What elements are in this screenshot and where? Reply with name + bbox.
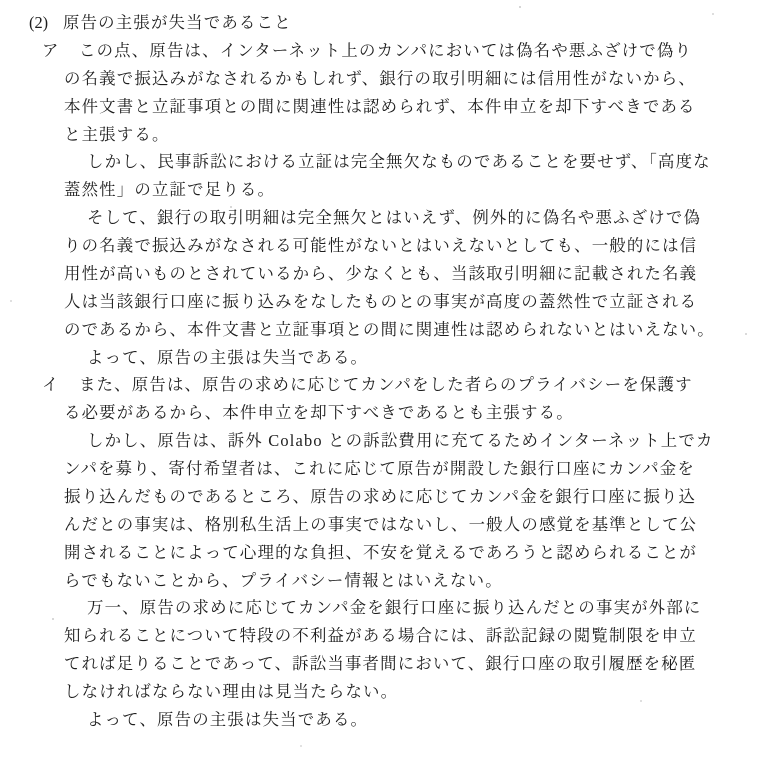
text-line: 知られることについて特段の不利益がある場合には、訴訟記録の閲覧制限を申立 — [0, 622, 762, 650]
text-line: 万一、原告の求めに応じてカンパ金を銀行口座に振り込んだとの事実が外部に — [0, 594, 762, 622]
text-line: てれば足りることであって、訴訟当事者間において、銀行口座の取引履歴を秘匿 — [0, 650, 762, 678]
scan-noise — [0, 0, 2, 2]
section-number: (2) — [29, 9, 48, 37]
text-line: しなければならない理由は見当たらない。 — [0, 678, 762, 706]
line-text: 人は当該銀行口座に振り込みをなしたものとの事実が高度の蓋然性で立証される — [64, 292, 697, 311]
text-line: 蓋然性」の立証で足りる。 — [0, 176, 762, 204]
text-line: アこの点、原告は、インターネット上のカンパにおいては偽名や悪ふざけで偽り — [0, 37, 762, 65]
text-line: よって、原告の主張は失当である。 — [0, 706, 762, 734]
section-heading-line: (2)原告の主張が失当であること — [0, 9, 762, 37]
line-text: の名義で振込みがなされるかもしれず、銀行の取引明細には信用性がないから、 — [64, 69, 696, 88]
line-text: しかし、原告は、訴外 Colabo との訴訟費用に充てるためインターネット上でカ — [87, 431, 714, 450]
text-line: しかし、民事訴訟における立証は完全無欠なものであることを要せず、「高度な — [0, 148, 762, 176]
text-line: る必要があるから、本件申立を却下すべきであるとも主張する。 — [0, 399, 762, 427]
line-text: 用性が高いものとされているから、少なくとも、当該取引明細に記載された名義 — [64, 264, 697, 283]
text-line: イまた、原告は、原告の求めに応じてカンパをした者らのプライバシーを保護す — [0, 371, 762, 399]
item-marker: イ — [42, 371, 58, 399]
text-line: 開されることによって心理的な負担、不安を覚えるであろうと認められることが — [0, 539, 762, 567]
text-line: ンパを募り、寄付希望者は、これに応じて原告が開設した銀行口座にカンパ金を — [0, 455, 762, 483]
text-line: 人は当該銀行口座に振り込みをなしたものとの事実が高度の蓋然性で立証される — [0, 288, 762, 316]
text-line: の名義で振込みがなされるかもしれず、銀行の取引明細には信用性がないから、 — [0, 65, 762, 93]
text-line: 振り込んだものであるところ、原告の求めに応じてカンパ金を銀行口座に振り込 — [0, 483, 762, 511]
scanned-document-page: (2)原告の主張が失当であることアこの点、原告は、インターネット上のカンパにおい… — [0, 0, 762, 762]
line-text: 蓋然性」の立証で足りる。 — [64, 180, 275, 199]
line-text: しなければならない理由は見当たらない。 — [64, 682, 398, 701]
line-text: てれば足りることであって、訴訟当事者間において、銀行口座の取引履歴を秘匿 — [64, 654, 696, 673]
text-line: しかし、原告は、訴外 Colabo との訴訟費用に充てるためインターネット上でカ — [0, 427, 762, 455]
line-text: 原告の主張が失当であること — [63, 13, 292, 32]
line-text: よって、原告の主張は失当である。 — [87, 348, 368, 367]
text-line: よって、原告の主張は失当である。 — [0, 344, 762, 372]
text-line: と主張する。 — [0, 121, 762, 149]
line-text: 本件文書と立証事項との間に関連性は認められず、本件申立を却下すべきである — [64, 97, 696, 116]
line-text: る必要があるから、本件申立を却下すべきであるとも主張する。 — [64, 403, 574, 422]
item-marker: ア — [42, 37, 58, 65]
text-line: そして、銀行の取引明細は完全無欠とはいえず、例外的に偽名や悪ふざけで偽 — [0, 204, 762, 232]
line-text: ンパを募り、寄付希望者は、これに応じて原告が開設した銀行口座にカンパ金を — [64, 459, 695, 478]
text-line: らでもないことから、プライバシー情報とはいえない。 — [0, 567, 762, 595]
document-body: (2)原告の主張が失当であることアこの点、原告は、インターネット上のカンパにおい… — [0, 9, 762, 734]
line-text: のであるから、本件文書と立証事項との間に関連性は認められないとはいえない。 — [64, 320, 715, 339]
line-text: 万一、原告の求めに応じてカンパ金を銀行口座に振り込んだとの事実が外部に — [87, 598, 702, 617]
line-text: この点、原告は、インターネット上のカンパにおいては偽名や悪ふざけで偽り — [79, 41, 692, 60]
text-line: 本件文書と立証事項との間に関連性は認められず、本件申立を却下すべきである — [0, 93, 762, 121]
line-text: しかし、民事訴訟における立証は完全無欠なものであることを要せず、「高度な — [87, 152, 711, 171]
line-text: りの名義で振込みがなされる可能性がないとはいえないとしても、一般的には信 — [64, 236, 697, 255]
text-line: んだとの事実は、格別私生活上の事実ではないし、一般人の感覚を基準として公 — [0, 511, 762, 539]
text-line: 用性が高いものとされているから、少なくとも、当該取引明細に記載された名義 — [0, 260, 762, 288]
line-text: また、原告は、原告の求めに応じてカンパをした者らのプライバシーを保護す — [79, 375, 693, 394]
text-line: りの名義で振込みがなされる可能性がないとはいえないとしても、一般的には信 — [0, 232, 762, 260]
line-text: 振り込んだものであるところ、原告の求めに応じてカンパ金を銀行口座に振り込 — [64, 487, 696, 506]
line-text: らでもないことから、プライバシー情報とはいえない。 — [64, 571, 503, 590]
line-text: そして、銀行の取引明細は完全無欠とはいえず、例外的に偽名や悪ふざけで偽 — [87, 208, 701, 227]
line-text: んだとの事実は、格別私生活上の事実ではないし、一般人の感覚を基準として公 — [64, 515, 697, 534]
line-text: よって、原告の主張は失当である。 — [87, 710, 368, 729]
text-line: のであるから、本件文書と立証事項との間に関連性は認められないとはいえない。 — [0, 316, 762, 344]
line-text: と主張する。 — [64, 125, 170, 144]
line-text: 知られることについて特段の不利益がある場合には、訴訟記録の閲覧制限を申立 — [64, 626, 697, 645]
line-text: 開されることによって心理的な負担、不安を覚えるであろうと認められることが — [64, 543, 697, 562]
